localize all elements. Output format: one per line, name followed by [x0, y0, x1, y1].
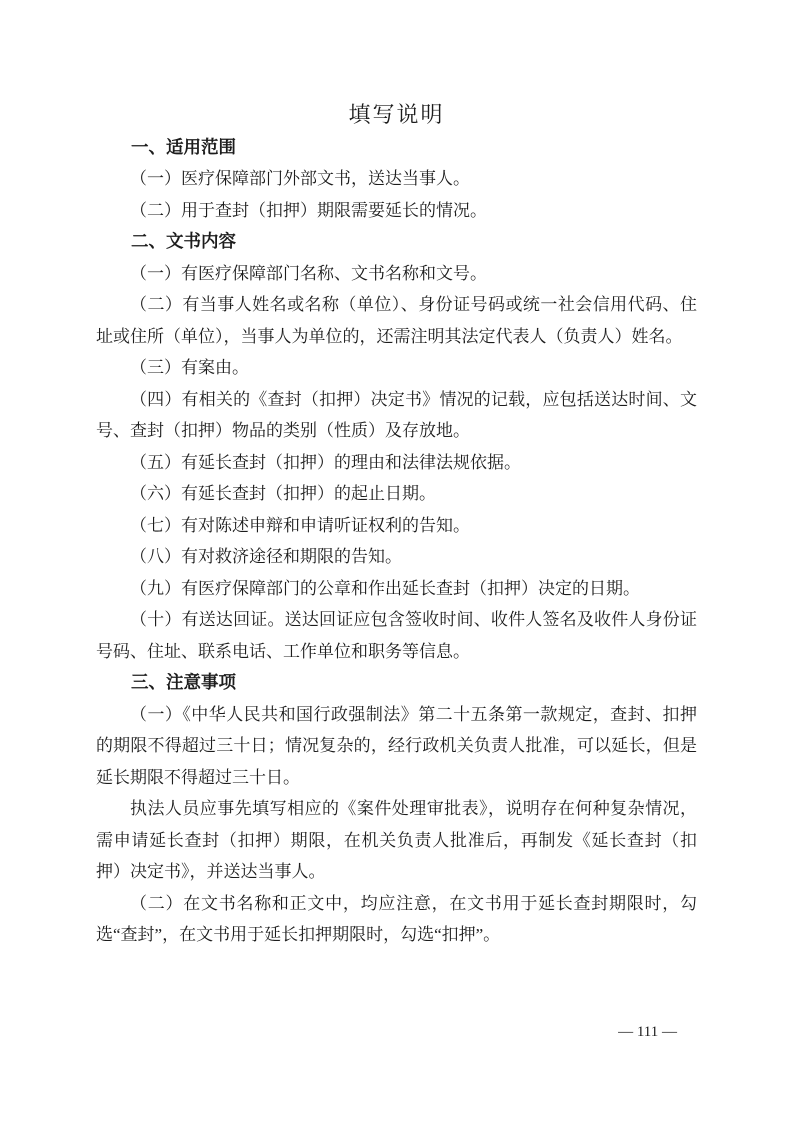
paragraph: （二）用于查封（扣押）期限需要延长的情况。	[96, 195, 697, 227]
paragraph: （一）《中华人民共和国行政强制法》第二十五条第一款规定，查封、扣押的期限不得超过…	[96, 699, 697, 794]
paragraph: （三）有案由。	[96, 352, 697, 384]
document-page: 填写说明 一、适用范围 （一）医疗保障部门外部文书，送达当事人。 （二）用于查封…	[0, 0, 793, 1122]
paragraph: （九）有医疗保障部门的公章和作出延长查封（扣押）决定的日期。	[96, 573, 697, 605]
section-heading-2: 二、文书内容	[96, 226, 697, 258]
paragraph: （一）有医疗保障部门名称、文书名称和文号。	[96, 258, 697, 290]
page-title: 填写说明	[96, 99, 697, 131]
paragraph: （六）有延长查封（扣押）的起止日期。	[96, 478, 697, 510]
section-heading-3: 三、注意事项	[96, 667, 697, 699]
paragraph: （一）医疗保障部门外部文书，送达当事人。	[96, 163, 697, 195]
page-number: — 111 —	[96, 1022, 697, 1042]
paragraph: （五）有延长查封（扣押）的理由和法律法规依据。	[96, 447, 697, 479]
document-body: 填写说明 一、适用范围 （一）医疗保障部门外部文书，送达当事人。 （二）用于查封…	[96, 99, 697, 951]
paragraph: （二）有当事人姓名或名称（单位）、身份证号码或统一社会信用代码、住址或住所（单位…	[96, 289, 697, 352]
paragraph: （八）有对救济途径和期限的告知。	[96, 541, 697, 573]
paragraph: （四）有相关的《查封（扣押）决定书》情况的记载，应包括送达时间、文号、查封（扣押…	[96, 384, 697, 447]
paragraph: （十）有送达回证。送达回证应包含签收时间、收件人签名及收件人身份证号码、住址、联…	[96, 604, 697, 667]
paragraph: 执法人员应事先填写相应的《案件处理审批表》，说明存在何种复杂情况，需申请延长查封…	[96, 793, 697, 888]
paragraph: （七）有对陈述申辩和申请听证权利的告知。	[96, 510, 697, 542]
section-heading-1: 一、适用范围	[96, 132, 697, 164]
paragraph: （二）在文书名称和正文中，均应注意，在文书用于延长查封期限时，勾选“查封”，在文…	[96, 888, 697, 951]
